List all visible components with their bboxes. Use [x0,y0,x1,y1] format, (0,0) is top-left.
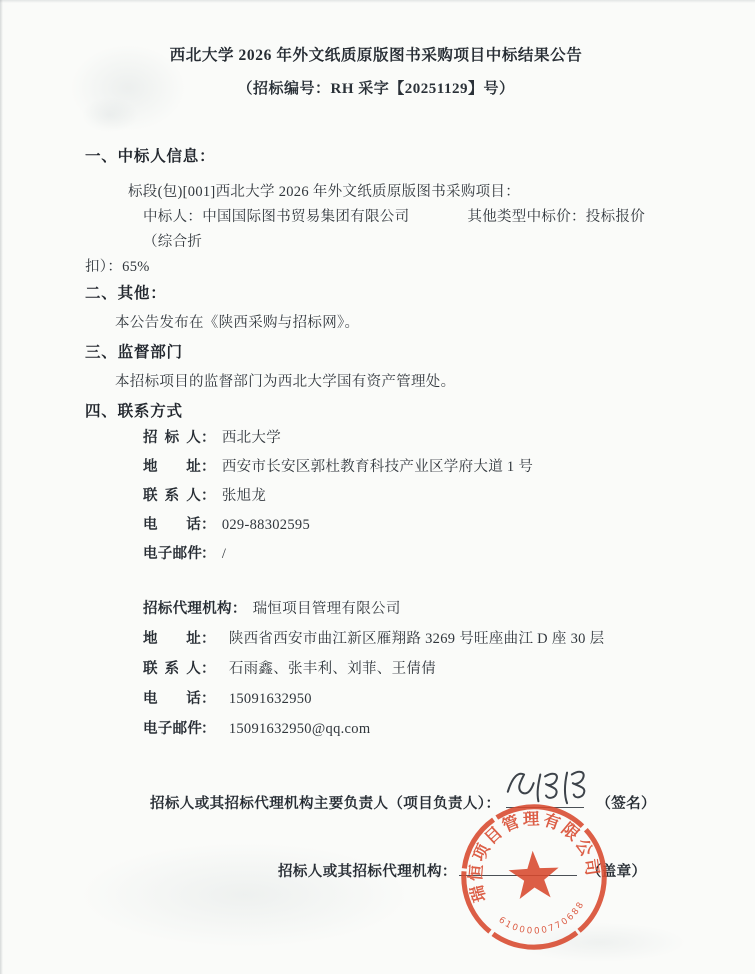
contact-row-agency-name: 招标代理机构：瑞恒项目管理有限公司 [143,594,667,624]
lot-line: 标段(包)[001]西北大学 2026 年外文纸质原版图书采购项目： [85,180,667,205]
contact-value: / [222,540,226,569]
contact-label: 电子邮件 [143,540,201,569]
handwritten-signature [504,763,590,809]
seal-line-label: 招标人或其招标代理机构： [278,860,457,884]
section-heading-supervisor: 三、监督部门 [85,341,667,365]
contact-value: 石雨鑫、张丰利、刘菲、王倩倩 [229,654,436,684]
contact-label: 招标代理机构 [143,594,232,624]
contact-row-address: 地址：西安市长安区郭杜教育科技产业区学府大道 1 号 [143,453,667,482]
winner-name: 中标人：中国国际图书贸易集团有限公司 [143,209,409,225]
contact-colon: ： [201,684,216,714]
winner-line: 中标人：中国国际图书贸易集团有限公司其他类型中标价：投标报价（综合折 [85,205,667,255]
publication-note: 本公告发布在《陕西采购与招标网》。 [85,311,667,336]
bid-number-subtitle: （招标编号：RH 采字【20251129】号） [85,79,667,99]
contact-row-phone: 电话：029-88302595 [143,511,667,540]
contact-label: 电话 [143,684,201,714]
contact-value: 15091632950 [229,684,312,714]
document-content: 西北大学 2026 年外文纸质原版图书采购项目中标结果公告 （招标编号：RH 采… [0,0,755,884]
contact-label: 地址 [143,453,201,482]
contact-colon: ： [201,714,216,744]
contact-label: 电子邮件 [143,714,201,744]
contact-value: 瑞恒项目管理有限公司 [253,594,401,624]
supervisor-note: 本招标项目的监督部门为西北大学国有资产管理处。 [85,370,667,395]
principal-line-label: 招标人或其招标代理机构主要负责人（项目负责人）： [150,792,500,816]
price-wrap-line: 扣）：65% [85,255,667,280]
seal-underline [459,861,577,876]
contact-value: 陕西省西安市曲江新区雁翔路 3269 号旺座曲江 D 座 30 层 [229,624,605,654]
contact-label: 联系人 [143,482,201,511]
contact-row-agency-address: 地址：陕西省西安市曲江新区雁翔路 3269 号旺座曲江 D 座 30 层 [143,624,667,654]
signature-suffix-label: （签名） [596,792,656,816]
seal-suffix-label: （盖章） [587,860,647,884]
tenderer-contact-block: 招标人：西北大学 地址：西安市长安区郭杜教育科技产业区学府大道 1 号 联系人：… [143,424,667,744]
contact-label: 联系人 [143,654,201,684]
contact-colon: ： [201,482,216,511]
contact-colon: ： [232,594,247,624]
signature-underline: 王倩倩 [506,789,584,808]
contact-label: 招标人 [143,424,201,453]
contact-colon: ： [201,424,216,453]
contact-row-tenderer: 招标人：西北大学 [143,424,667,453]
contact-colon: ： [201,654,216,684]
contact-value: 西安市长安区郭杜教育科技产业区学府大道 1 号 [222,453,533,482]
scanned-document-page: 西北大学 2026 年外文纸质原版图书采购项目中标结果公告 （招标编号：RH 采… [0,0,755,974]
contact-row-agency-email: 电子邮件：15091632950@qq.com [143,714,667,744]
section-heading-winner-info: 一、中标人信息： [85,145,667,169]
contact-colon: ： [201,624,216,654]
seal-number: 6100000770688 [495,897,592,944]
contact-colon: ： [201,540,216,569]
contact-row-email: 电子邮件：/ [143,540,667,569]
section-heading-contact: 四、联系方式 [85,400,667,424]
contact-value: 张旭龙 [222,482,266,511]
contact-label: 电话 [143,511,201,540]
contact-value: 029-88302595 [222,511,310,540]
scan-artifact [480,915,720,970]
contact-row-agency-phone: 电话：15091632950 [143,684,667,714]
contact-row-person: 联系人：张旭龙 [143,482,667,511]
contact-row-agency-persons: 联系人：石雨鑫、张丰利、刘菲、王倩倩 [143,654,667,684]
section-heading-other: 二、其他： [85,282,667,306]
contact-colon: ： [201,453,216,482]
agency-seal-line: 招标人或其招标代理机构： （盖章） [278,860,667,884]
contact-colon: ： [201,511,216,540]
contact-value: 西北大学 [222,424,281,453]
contact-label: 地址 [143,624,201,654]
principal-signature-line: 招标人或其招标代理机构主要负责人（项目负责人）： 王倩倩 （签名） [150,789,667,816]
contact-value: 15091632950@qq.com [229,714,371,744]
document-title: 西北大学 2026 年外文纸质原版图书采购项目中标结果公告 [85,46,667,66]
